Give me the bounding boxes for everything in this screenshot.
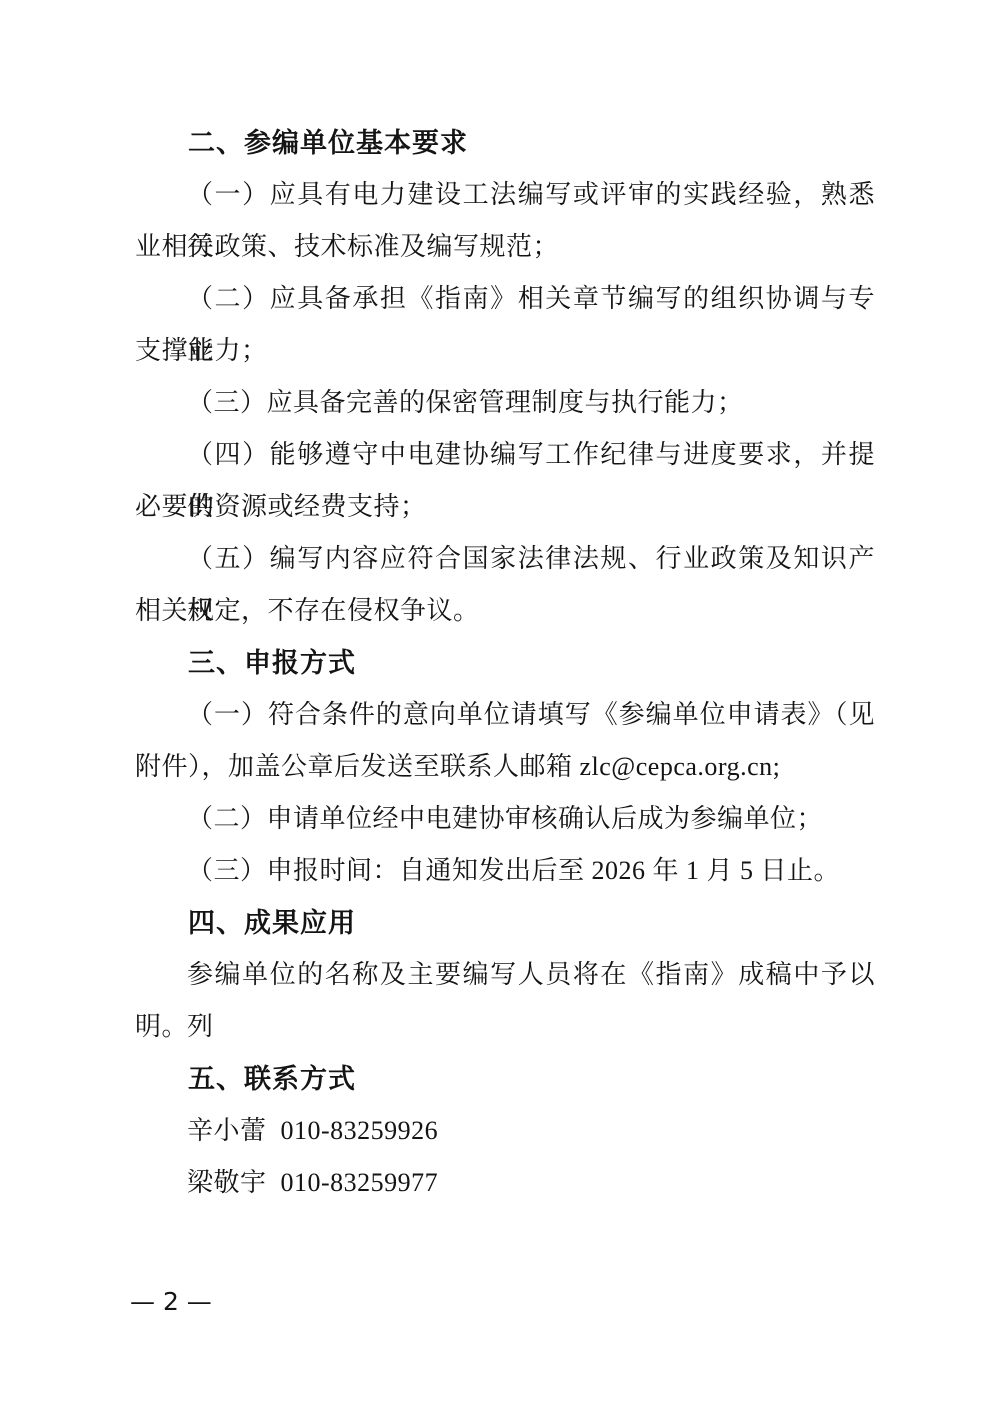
paragraph-line: 相关规定，不存在侵权争议。 bbox=[135, 585, 875, 637]
contact-phone: 010-83259926 bbox=[281, 1116, 439, 1145]
document-body: 二、参编单位基本要求 （一）应具有电力建设工法编写或评审的实践经验，熟悉行 业相… bbox=[135, 117, 875, 1209]
section-heading-results-application: 四、成果应用 bbox=[135, 897, 875, 949]
paragraph-line: 明。 bbox=[135, 1001, 875, 1053]
paragraph-line: （三）应具备完善的保密管理制度与执行能力； bbox=[135, 377, 875, 429]
paragraph-line: （一）应具有电力建设工法编写或评审的实践经验，熟悉行 bbox=[135, 169, 875, 221]
paragraph-line: （五）编写内容应符合国家法律法规、行业政策及知识产权 bbox=[135, 533, 875, 585]
paragraph-line: 支撑能力； bbox=[135, 325, 875, 377]
contact-phone: 010-83259977 bbox=[281, 1168, 439, 1197]
page-number: — 2 — bbox=[130, 1287, 212, 1316]
section-heading-application-method: 三、申报方式 bbox=[135, 637, 875, 689]
paragraph-line: （一）符合条件的意向单位请填写《参编单位申请表》（见 bbox=[135, 689, 875, 741]
paragraph-line: （四）能够遵守中电建协编写工作纪律与进度要求，并提供 bbox=[135, 429, 875, 481]
paragraph-line: （二）申请单位经中电建协审核确认后成为参编单位； bbox=[135, 793, 875, 845]
paragraph-line: （二）应具备承担《指南》相关章节编写的组织协调与专业 bbox=[135, 273, 875, 325]
paragraph-line: 参编单位的名称及主要编写人员将在《指南》成稿中予以列 bbox=[135, 949, 875, 1001]
paragraph-line-deadline: （三）申报时间：自通知发出后至 2026 年 1 月 5 日止。 bbox=[135, 845, 875, 897]
document-page: 二、参编单位基本要求 （一）应具有电力建设工法编写或评审的实践经验，熟悉行 业相… bbox=[0, 0, 992, 1403]
paragraph-line: 业相关政策、技术标准及编写规范； bbox=[135, 221, 875, 273]
paragraph-line-with-email: 附件），加盖公章后发送至联系人邮箱 zlc@cepca.org.cn; bbox=[135, 741, 875, 793]
paragraph-line: 必要的资源或经费支持； bbox=[135, 481, 875, 533]
contact-line: 梁敬宇010-83259977 bbox=[135, 1157, 875, 1209]
contact-name: 辛小蕾 bbox=[187, 1116, 267, 1145]
contact-name: 梁敬宇 bbox=[187, 1168, 267, 1197]
page-footer: — 2 — bbox=[130, 1278, 212, 1326]
contact-line: 辛小蕾010-83259926 bbox=[135, 1105, 875, 1157]
section-heading-contact-info: 五、联系方式 bbox=[135, 1053, 875, 1105]
section-heading-participant-requirements: 二、参编单位基本要求 bbox=[135, 117, 875, 169]
